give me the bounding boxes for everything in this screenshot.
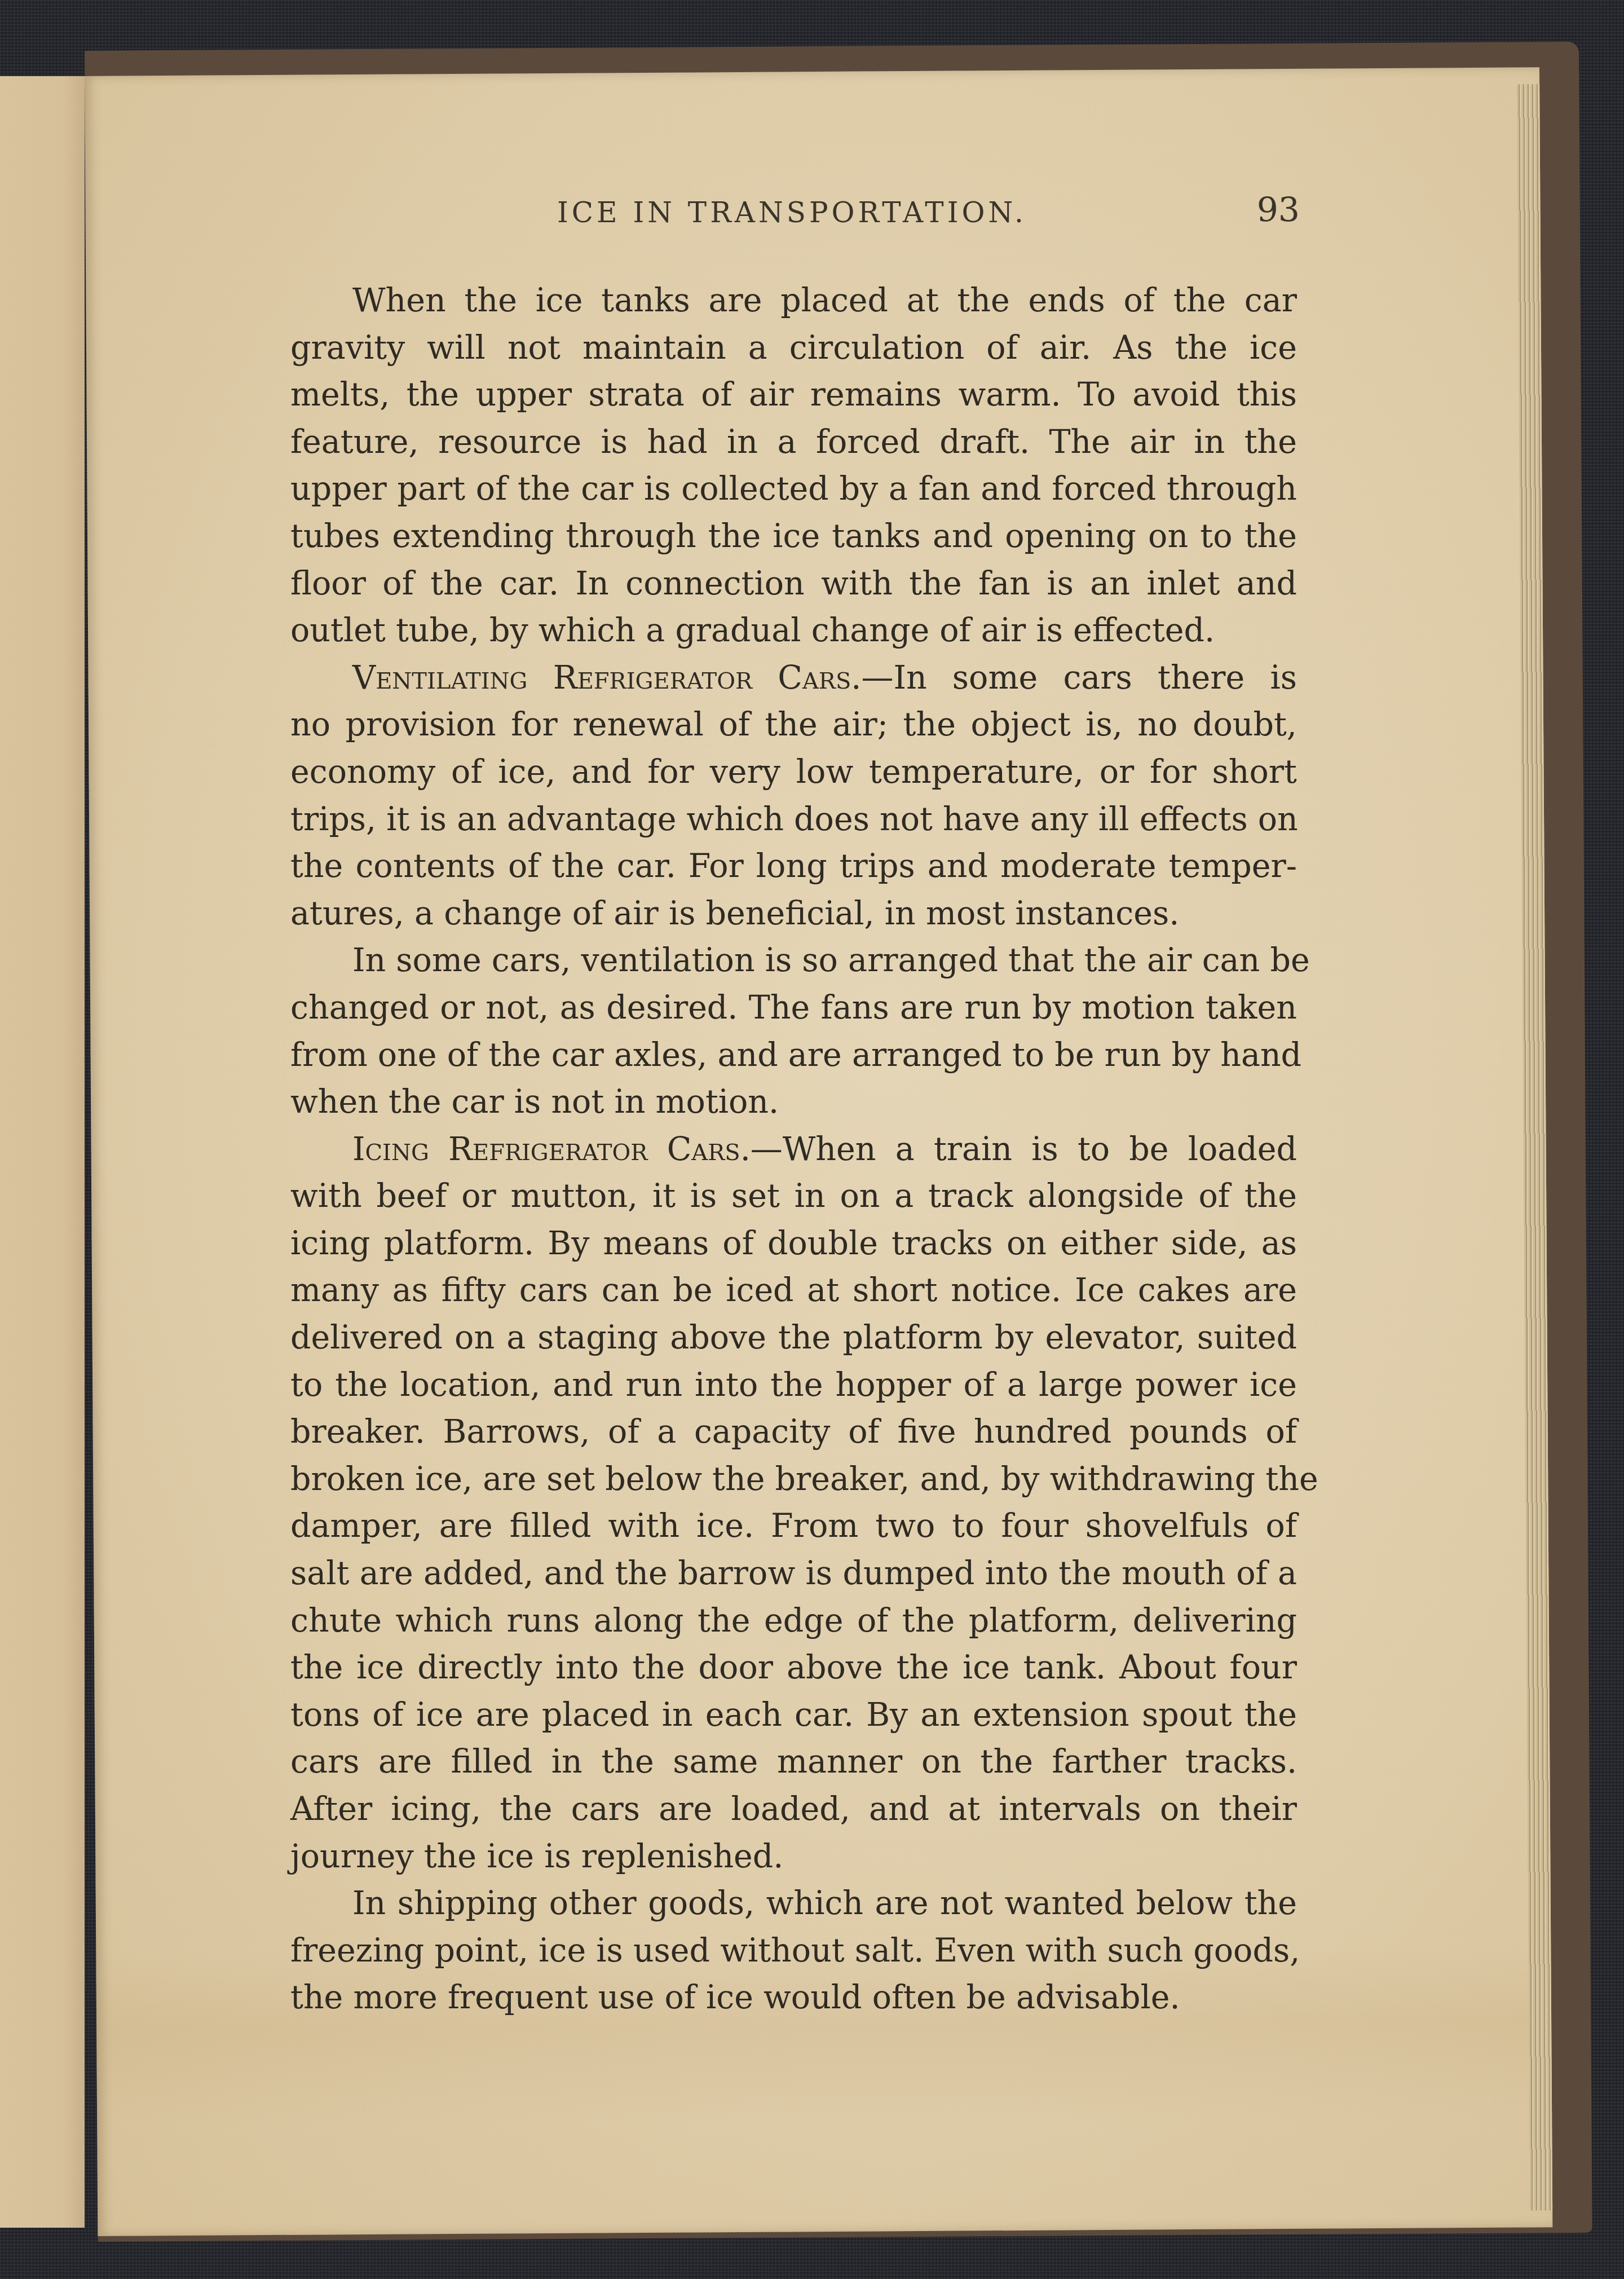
- text-line: tons of ice are placed in each car. By a…: [290, 1692, 1297, 1739]
- text-line: when the car is not in motion.: [290, 1079, 1297, 1126]
- paragraph: In some cars, ventilation is so arranged…: [290, 937, 1297, 1126]
- section-heading: Ventilating Refrigerator Cars.: [352, 659, 861, 697]
- body-text: When the ice tanks are placed at the end…: [290, 277, 1297, 2022]
- text-line: chute which runs along the edge of the p…: [290, 1598, 1297, 1645]
- text-line: damper, are filled with ice. From two to…: [290, 1503, 1297, 1550]
- text-line: the ice directly into the door above the…: [290, 1645, 1297, 1692]
- text-line: from one of the car axles, and are arran…: [290, 1032, 1297, 1079]
- text-line: many as fifty cars can be iced at short …: [290, 1267, 1297, 1315]
- text-line: the contents of the car. For long trips …: [290, 843, 1297, 891]
- text-line: icing platform. By means of double track…: [290, 1220, 1297, 1268]
- text-line: freezing point, ice is used without salt…: [290, 1928, 1297, 1975]
- text-line: salt are added, and the barrow is dumped…: [290, 1550, 1297, 1598]
- text-line: economy of ice, and for very low tempera…: [290, 749, 1297, 796]
- paragraph-ventilating: Ventilating Refrigerator Cars.—In some c…: [290, 655, 1297, 938]
- text-line: changed or not, as desired. The fans are…: [290, 985, 1297, 1032]
- text-line: no provision for renewal of the air; the…: [290, 702, 1297, 749]
- section-heading: Icing Refrigerator Cars.: [352, 1131, 751, 1168]
- text-line: tubes extending through the ice tanks an…: [290, 513, 1297, 561]
- text-line: trips, it is an advantage which does not…: [290, 796, 1297, 844]
- text-line: breaker. Barrows, of a capacity of five …: [290, 1409, 1297, 1456]
- text-line: outlet tube, by which a gradual change o…: [290, 607, 1297, 655]
- paragraph: When the ice tanks are placed at the end…: [290, 277, 1297, 655]
- text-run: —When a train is to be loaded: [751, 1131, 1297, 1168]
- text-line: the more frequent use of ice would often…: [290, 1974, 1297, 2022]
- left-page-edge: [0, 76, 85, 2228]
- paragraph: In shipping other goods, which are not w…: [290, 1880, 1297, 2022]
- text-line: journey the ice is replenished.: [290, 1833, 1297, 1881]
- running-head: ICE IN TRANSPORTATION. 93: [471, 191, 1300, 236]
- text-line: broken ice, are set below the breaker, a…: [290, 1456, 1297, 1504]
- text-line: cars are filled in the same manner on th…: [290, 1739, 1297, 1786]
- text-line: When the ice tanks are placed at the end…: [290, 277, 1297, 325]
- text-line: feature, resource is had in a forced dra…: [290, 419, 1297, 466]
- text-line: In some cars, ventilation is so arranged…: [290, 937, 1297, 985]
- text-run: —In some cars there is: [861, 659, 1297, 697]
- text-line: Ventilating Refrigerator Cars.—In some c…: [290, 655, 1297, 702]
- text-line: Icing Refrigerator Cars.—When a train is…: [290, 1126, 1297, 1174]
- text-line: delivered on a staging above the platfor…: [290, 1315, 1297, 1362]
- page-number: 93: [1257, 191, 1300, 230]
- text-line: upper part of the car is collected by a …: [290, 466, 1297, 513]
- paragraph-icing: Icing Refrigerator Cars.—When a train is…: [290, 1126, 1297, 1881]
- text-line: floor of the car. In connection with the…: [290, 561, 1297, 608]
- text-line: In shipping other goods, which are not w…: [290, 1880, 1297, 1928]
- running-head-title: ICE IN TRANSPORTATION.: [557, 196, 1027, 229]
- text-line: After icing, the cars are loaded, and at…: [290, 1786, 1297, 1833]
- text-line: atures, a change of air is beneficial, i…: [290, 891, 1297, 938]
- text-line: gravity will not maintain a circulation …: [290, 325, 1297, 372]
- text-line: melts, the upper strata of air remains w…: [290, 372, 1297, 419]
- text-line: with beef or mutton, it is set in on a t…: [290, 1173, 1297, 1220]
- text-line: to the location, and run into the hopper…: [290, 1362, 1297, 1409]
